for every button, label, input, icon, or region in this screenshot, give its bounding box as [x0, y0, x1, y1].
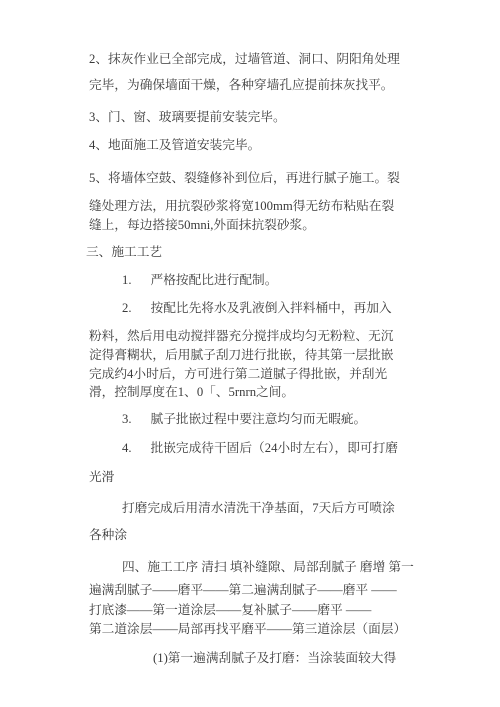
- doc-line-04: 4、地面施工及管道安装完毕。: [89, 137, 260, 153]
- doc-line-07: 缝上，每边搭接50mni,外面抹抗裂砂浆。: [89, 217, 315, 233]
- document-page: 2、抹灰作业已全部完成，过墙管道、洞口、阴阳角处理 完毕，为确保墙面干燥，各种穿…: [0, 0, 500, 707]
- doc-line-02: 完毕，为确保墙面干燥，各种穿墙孔应提前抹灰找平。: [89, 77, 394, 93]
- doc-heading-construction-sequence: 四、施工工序 清扫 填补缝隙、局部刮腻子 磨增 第一: [122, 559, 414, 575]
- doc-heading-construction-technique: 三、施工工艺: [86, 244, 162, 260]
- doc-line-10: 2. 按配比先将水及乳液倒入拌料桶中，再加入: [122, 300, 392, 316]
- doc-line-03: 3、门、窗、玻璃要提前安装完毕。: [89, 109, 286, 125]
- doc-line-24: (1)第一遍满刮腻子及打磨：当涂装面较大得: [153, 650, 396, 666]
- doc-line-01: 2、抹灰作业已全部完成，过墙管道、洞口、阴阳角处理: [89, 51, 400, 67]
- doc-line-18: 打磨完成后用清水清洗干净基面，7天后方可喷涂: [122, 500, 395, 516]
- doc-line-05: 5、将墙体空鼓、裂缝修补到位后，再进行腻子施工。裂: [89, 170, 400, 186]
- doc-line-13: 完成约4小时后，方可进行第二道腻子得批嵌，并刮光: [89, 366, 387, 382]
- doc-line-23: 第二道涂层——局部再找平磨平——第三道涂层（面层）: [89, 621, 406, 637]
- doc-line-14: 滑，控制厚度在1、0「、5rnrn之间。: [89, 384, 294, 400]
- doc-line-17: 光滑: [89, 469, 114, 485]
- doc-line-21: 遍满刮腻子——磨平——第二遍满刮腻子——磨平 ——: [89, 582, 397, 598]
- doc-line-11: 粉料，然后用电动搅拌器充分搅拌成均匀无粉粒、无沉: [89, 328, 394, 344]
- doc-line-22: 打底漆——第一道涂层——复补腻子——磨平 ——: [89, 602, 371, 618]
- doc-line-19: 各种涂: [89, 527, 127, 543]
- doc-line-06: 缝处理方法，用抗裂砂浆将宽100mm得无纺布粘贴在裂: [89, 198, 394, 214]
- doc-line-12: 淀得膏糊状，后用腻子刮刀进行批嵌，待其第一层批嵌: [89, 347, 394, 363]
- doc-line-15: 3. 腻子批嵌过程中要注意均匀而无暇疵。: [122, 411, 366, 427]
- doc-line-09: 1. 严格按配比进行配制。: [122, 272, 277, 288]
- doc-line-16: 4. 批嵌完成待干固后（24小时左右），即可打磨: [122, 440, 398, 456]
